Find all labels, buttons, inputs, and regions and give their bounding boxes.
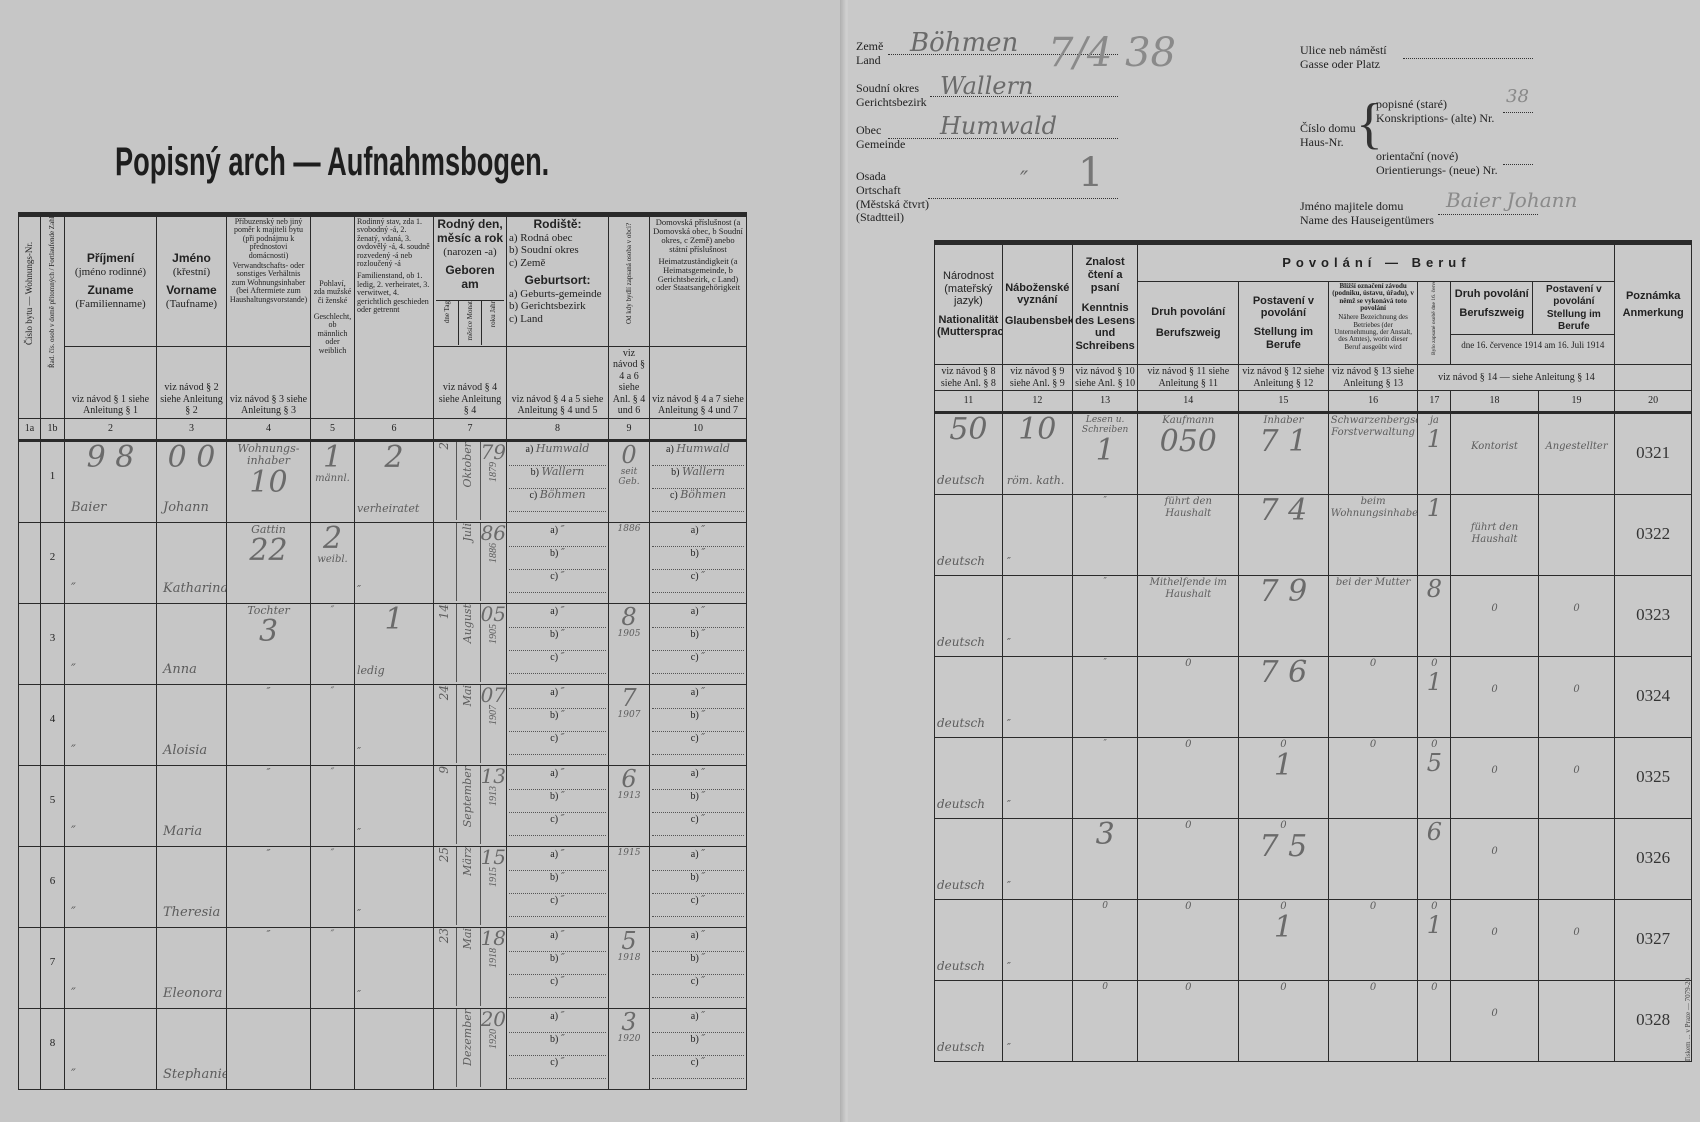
colno-7: 7 [434, 418, 507, 440]
cell-occupation-1914: 0 [1451, 576, 1539, 657]
cell-religion: ″ [1002, 495, 1072, 576]
cell-religion: ″ [1002, 738, 1072, 819]
cell-occupation-1914: Kontorist [1451, 413, 1539, 495]
ref-col10: viz návod § 4 a 7 siehe Anleitung § 4 un… [650, 346, 747, 418]
cell-relation [227, 1008, 311, 1089]
cell-sex: ″ [311, 684, 355, 765]
colno-18: 18 [1451, 391, 1539, 413]
field-new-no: orientační (nové)Orientierungs- (neue) N… [1376, 150, 1498, 178]
cell-domicile: a) ″b) ″c) ″ [650, 684, 747, 765]
table-row: 8″StephanieDezember201920a) ″b) ″c) ″319… [19, 1008, 747, 1089]
colno-9: 9 [609, 418, 650, 440]
ref-col8: viz návod § 4 a 5 siehe Anleitung § 4 un… [507, 346, 609, 418]
cell-note: 0328 [1615, 981, 1692, 1062]
cell-occupation: Kaufmann050 [1138, 413, 1239, 495]
header-religion: Náboženské vyznání Glaubensbekenntnis [1002, 243, 1072, 365]
cell-relation: Tochter3 [227, 603, 311, 684]
cell-position-1914: 0 [1538, 657, 1615, 738]
cell-apartment [19, 927, 41, 1008]
table-row: deutsch″″001005000325 [935, 738, 1692, 819]
cell-birthplace: a) ″b) ″c) ″ [507, 603, 609, 684]
header-occupation-type: Druh povolání Berufszweig [1138, 282, 1239, 365]
cell-person-no: 5 [41, 765, 65, 846]
cell-note: 0324 [1615, 657, 1692, 738]
cell-residence-since: 61913 [609, 765, 650, 846]
cell-religion: ″ [1002, 900, 1072, 981]
cell-position: 01 [1239, 738, 1329, 819]
field-land: ZeměLand [856, 40, 883, 68]
field-court-district: Soudní okresGerichtsbezirk [856, 82, 927, 110]
value-land: Böhmen [910, 28, 1018, 58]
field-street: Ulice neb náměstíGasse oder Platz [1300, 44, 1387, 72]
cell-domicile: a) ″b) ″c) ″ [650, 1008, 747, 1089]
cell-marital-status: 1ledig [355, 603, 434, 684]
cell-nationality: deutsch [935, 819, 1003, 900]
cell-relation: ″ [227, 927, 311, 1008]
ref-col4: viz návod § 3 siehe Anleitung § 3 [227, 346, 311, 418]
cell-birthdate: Dezember201920 [434, 1008, 507, 1089]
header-firstname: Jméno (křestní) Vorname (Taufname) [157, 215, 227, 347]
cell-domicile: a) ″b) ″c) ″ [650, 765, 747, 846]
cell-firstname: Aloisia [157, 684, 227, 765]
value-municipality: Humwald [940, 112, 1057, 140]
header-literacy: Znalost čtení a psaní Kenntnis des Lesen… [1072, 243, 1138, 365]
cell-establishment: bei der Mutter [1328, 576, 1418, 657]
table-row: deutsch″0000000328 [935, 981, 1692, 1062]
header-job-1914: Bylo zapsané osobě dne 16. července 1914… [1418, 282, 1451, 365]
cell-firstname: Katharina [157, 522, 227, 603]
ref-col12: viz návod § 9 siehe Anl. § 9 [1002, 365, 1072, 391]
cell-relation: Gattin22 [227, 522, 311, 603]
cell-firstname: Stephanie [157, 1008, 227, 1089]
cell-marital-status [355, 1008, 434, 1089]
cell-establishment [1328, 819, 1418, 900]
cell-residence-since: 1886 [609, 522, 650, 603]
table-row: 4″Aloisia″″″24Mai071907a) ″b) ″c) ″71907… [19, 684, 747, 765]
header-birthdate: Rodný den, měsíc a rok (narozen -a) Gebo… [434, 215, 507, 347]
cell-nationality: deutsch [935, 900, 1003, 981]
cell-firstname: Theresia [157, 846, 227, 927]
cell-position: 07 5 [1239, 819, 1329, 900]
cell-birthdate: 24Mai071907 [434, 684, 507, 765]
cell-sex: 1männl. [311, 440, 355, 522]
document-title: Popisný arch — Aufnahmsbogen. [115, 140, 549, 185]
cell-nationality: deutsch [935, 576, 1003, 657]
cell-literacy: ″ [1072, 738, 1138, 819]
cell-sex: ″ [311, 927, 355, 1008]
cell-birthplace: a) ″b) ″c) ″ [507, 846, 609, 927]
cell-literacy: Lesen u. Schreiben1 [1072, 413, 1138, 495]
cell-surname: ″ [65, 765, 157, 846]
cell-sex: ″ [311, 846, 355, 927]
cell-sex: ″ [311, 603, 355, 684]
sheet-ref: 7/4 38 [1048, 30, 1176, 76]
field-settlement: OsadaOrtschaft (Městská čtvrt)(Stadtteil… [856, 170, 929, 225]
cell-person-no: 6 [41, 846, 65, 927]
cell-residence-since: 81905 [609, 603, 650, 684]
cell-establishment: 0 [1328, 981, 1418, 1062]
cell-birthplace: a) ″b) ″c) ″ [507, 927, 609, 1008]
cell-position-1914 [1538, 819, 1615, 900]
cell-residence-since: 0seit Geb. [609, 440, 650, 522]
cell-religion: ″ [1002, 576, 1072, 657]
table-row: deutsch″″führt den Haushalt7 4beim Wohnu… [935, 495, 1692, 576]
cell-apartment [19, 1008, 41, 1089]
cell-occupation-1914: 0 [1451, 900, 1539, 981]
colno-6: 6 [355, 418, 434, 440]
colno-10: 10 [650, 418, 747, 440]
cell-marital-status: ″ [355, 765, 434, 846]
cell-domicile: a) ″b) ″c) ″ [650, 927, 747, 1008]
cell-position: 7 9 [1239, 576, 1329, 657]
cell-establishment: 0 [1328, 900, 1418, 981]
value-settlement: ″ [1020, 168, 1028, 193]
cell-occupation-1914: 0 [1451, 981, 1539, 1062]
cell-literacy: 3 [1072, 819, 1138, 900]
header-domicile: Domovská příslušnost (a Domovská obec, b… [650, 215, 747, 347]
cell-note: 0323 [1615, 576, 1692, 657]
cell-position: 7 4 [1239, 495, 1329, 576]
cell-person-no: 4 [41, 684, 65, 765]
cell-literacy: 0 [1072, 981, 1138, 1062]
cell-position-1914: 0 [1538, 738, 1615, 819]
value-court-district: Wallern [940, 72, 1033, 100]
cell-occupation-1914: 0 [1451, 657, 1539, 738]
cell-birthplace: a) ″b) ″c) ″ [507, 765, 609, 846]
cell-relation: ″ [227, 765, 311, 846]
header-apartment-no: Číslo bytu — Wohnungs-Nr. [19, 215, 41, 419]
table-row: deutsch″″07 6001000324 [935, 657, 1692, 738]
cell-residence-since: 1915 [609, 846, 650, 927]
table-row: deutsch″3007 5600326 [935, 819, 1692, 900]
header-nationality: Národnost (mateřský jazyk) Nationalität … [935, 243, 1003, 365]
cell-had-job-1914: 6 [1418, 819, 1451, 900]
cell-surname: ″ [65, 927, 157, 1008]
cell-surname: ″ [65, 846, 157, 927]
cell-residence-since: 71907 [609, 684, 650, 765]
colno-16: 16 [1328, 391, 1418, 413]
cell-had-job-1914: 01 [1418, 657, 1451, 738]
cell-had-job-1914: 05 [1418, 738, 1451, 819]
cell-apartment [19, 765, 41, 846]
cell-occupation: Mithelfende im Haushalt [1138, 576, 1239, 657]
colno-11: 11 [935, 391, 1003, 413]
cell-religion: ″ [1002, 981, 1072, 1062]
cell-firstname: Eleonora [157, 927, 227, 1008]
cell-surname: ″ [65, 522, 157, 603]
ref-col2: viz návod § 1 siehe Anleitung § 1 [65, 346, 157, 418]
header-person-no: Řad. čís. osob v domě přítomných / Fortl… [41, 215, 65, 419]
value-old-no: 38 [1506, 86, 1529, 107]
colno-14: 14 [1138, 391, 1239, 413]
colno-5: 5 [311, 418, 355, 440]
cell-position: 7 6 [1239, 657, 1329, 738]
cell-establishment: beim Wohnungsinhaber [1328, 495, 1418, 576]
cell-position-1914: 0 [1538, 576, 1615, 657]
cell-sex: ″ [311, 765, 355, 846]
cell-literacy: ″ [1072, 495, 1138, 576]
cell-nationality: deutsch [935, 981, 1003, 1062]
cell-birthdate: 25März151915 [434, 846, 507, 927]
cell-occupation: 0 [1138, 819, 1239, 900]
cell-surname: ″ [65, 603, 157, 684]
header-relation: Příbuzenský neb jiný poměr k majiteli by… [227, 215, 311, 347]
cell-position-1914: 0 [1538, 900, 1615, 981]
cell-establishment: 0 [1328, 738, 1418, 819]
cell-sex [311, 1008, 355, 1089]
cell-position: Inhaber7 1 [1239, 413, 1329, 495]
cell-position-1914: Angestellter [1538, 413, 1615, 495]
colno-12: 12 [1002, 391, 1072, 413]
cell-domicile: a) ″b) ″c) ″ [650, 522, 747, 603]
colno-2: 2 [65, 418, 157, 440]
ref-col11: viz návod § 8 siehe Anl. § 8 [935, 365, 1003, 391]
cell-surname: ″ [65, 1008, 157, 1089]
cell-birthdate: 9September131913 [434, 765, 507, 846]
census-table-left: Číslo bytu — Wohnungs-Nr. Řad. čís. osob… [18, 212, 747, 1090]
ref-col17-19: viz návod § 14 — siehe Anleitung § 14 [1418, 365, 1615, 391]
colno-8: 8 [507, 418, 609, 440]
header-note: Poznámka Anmerkung [1615, 243, 1692, 365]
table-row: deutsch″″Mithelfende im Haushalt7 9bei d… [935, 576, 1692, 657]
table-row: 2″KatharinaGattin222weibl.″Juli861886a) … [19, 522, 747, 603]
header-occupation-group: Povolání — Beruf [1138, 243, 1615, 282]
cell-birthdate: 23Mai181918 [434, 927, 507, 1008]
cell-firstname: Maria [157, 765, 227, 846]
cell-had-job-1914: 8 [1418, 576, 1451, 657]
cell-marital-status: ″ [355, 684, 434, 765]
header-1914-group: Druh povolání Berufszweig Postavení v po… [1451, 282, 1615, 365]
table-row: 6″Theresia″″″25März151915a) ″b) ″c) ″191… [19, 846, 747, 927]
field-house-no: Číslo domuHaus-Nr. [1300, 122, 1356, 150]
cell-position: 01 [1239, 900, 1329, 981]
cell-firstname: Anna [157, 603, 227, 684]
header-sex: Pohlaví, zda mužské či ženské Geschlecht… [311, 215, 355, 419]
cell-person-no: 1 [41, 440, 65, 522]
printer-note: Tiskem ... v Praze — 7079-20 [1684, 978, 1692, 1062]
cell-birthplace: a) ″b) ″c) ″ [507, 522, 609, 603]
cell-literacy: 0 [1072, 900, 1138, 981]
cell-person-no: 2 [41, 522, 65, 603]
header-position-1914: Postavení v povolání Stellung im Berufe [1533, 282, 1614, 334]
table-row: 3″AnnaTochter3″1ledig14August051905a) ″b… [19, 603, 747, 684]
cell-nationality: deutsch [935, 738, 1003, 819]
census-table-right: Národnost (mateřský jazyk) Nationalität … [934, 240, 1692, 1062]
cell-position-1914 [1538, 981, 1615, 1062]
cell-literacy: ″ [1072, 657, 1138, 738]
cell-nationality: deutsch [935, 495, 1003, 576]
colno-1a: 1a [19, 418, 41, 440]
table-row: 50deutsch10röm. kath.Lesen u. Schreiben1… [935, 413, 1692, 495]
field-old-no: popisné (staré)Konskriptions- (alte) Nr. [1376, 98, 1494, 126]
cell-establishment: 0 [1328, 657, 1418, 738]
cell-marital-status: 2verheiratet [355, 440, 434, 522]
ref-col13: viz návod § 10 siehe Anl. § 10 [1072, 365, 1138, 391]
cell-occupation: führt den Haushalt [1138, 495, 1239, 576]
cell-occupation-1914: 0 [1451, 738, 1539, 819]
cell-birthplace: a) ″b) ″c) ″ [507, 684, 609, 765]
cell-occupation: 0 [1138, 900, 1239, 981]
ref-col14: viz návod § 11 siehe Anleitung § 11 [1138, 365, 1239, 391]
cell-residence-since: 31920 [609, 1008, 650, 1089]
cell-birthdate: Juli861886 [434, 522, 507, 603]
cell-birthdate: 2Oktober791879 [434, 440, 507, 522]
cell-occupation: 0 [1138, 981, 1239, 1062]
left-page: Popisný arch — Aufnahmsbogen. Číslo bytu… [0, 0, 848, 1122]
cell-apartment [19, 846, 41, 927]
cell-religion: ″ [1002, 657, 1072, 738]
colno-3: 3 [157, 418, 227, 440]
cell-birthplace: a) ″b) ″c) ″ [507, 1008, 609, 1089]
header-residence-since: Od kdy bydlí zapsaná osoba v obci? [609, 215, 650, 347]
cell-relation: ″ [227, 684, 311, 765]
value-owner: Baier Johann [1446, 188, 1577, 212]
cell-person-no: 7 [41, 927, 65, 1008]
ref-col20 [1615, 365, 1692, 391]
cell-literacy: ″ [1072, 576, 1138, 657]
cell-marital-status: ″ [355, 846, 434, 927]
cell-occupation-1914: führt den Haushalt [1451, 495, 1539, 576]
cell-had-job-1914: 01 [1418, 900, 1451, 981]
cell-relation: Wohnungs-inhaber10 [227, 440, 311, 522]
cell-religion: ″ [1002, 819, 1072, 900]
cell-residence-since: 51918 [609, 927, 650, 1008]
cell-nationality: deutsch [935, 657, 1003, 738]
cell-domicile: a) ″b) ″c) ″ [650, 846, 747, 927]
cell-apartment [19, 603, 41, 684]
cell-position-1914 [1538, 495, 1615, 576]
cell-note: 0327 [1615, 900, 1692, 981]
cell-occupation: 0 [1138, 738, 1239, 819]
cell-person-no: 3 [41, 603, 65, 684]
cell-establishment: Schwarzenbergsche Forstverwaltung [1328, 413, 1418, 495]
cell-domicile: a) ″b) ″c) ″ [650, 603, 747, 684]
table-row: 5″Maria″″″9September131913a) ″b) ″c) ″61… [19, 765, 747, 846]
colno-15: 15 [1239, 391, 1329, 413]
colno-19: 19 [1538, 391, 1615, 413]
cell-had-job-1914: ja1 [1418, 413, 1451, 495]
cell-had-job-1914: 0 [1418, 981, 1451, 1062]
ref-col7: viz návod § 4 siehe Anleitung § 4 [434, 346, 507, 418]
header-occupation-1914: Druh povolání Berufszweig [1451, 282, 1533, 334]
header-establishment: Bližší označení závodu (podniku, ústavu,… [1328, 282, 1418, 365]
cell-marital-status: ″ [355, 927, 434, 1008]
cell-sex: 2weibl. [311, 522, 355, 603]
ref-col9: viz návod § 4 a 6 siehe Anl. § 4 und 6 [609, 346, 650, 418]
colno-13: 13 [1072, 391, 1138, 413]
cell-note: 0321 [1615, 413, 1692, 495]
cell-religion: 10röm. kath. [1002, 413, 1072, 495]
date-note-1914: dne 16. července 1914 am 16. Juli 1914 [1451, 335, 1614, 350]
header-birthplace: Rodiště: a) Rodná obec b) Soudní okres c… [507, 215, 609, 347]
colno-4: 4 [227, 418, 311, 440]
cell-birthplace: a) Humwaldb) Wallernc) Böhmen [507, 440, 609, 522]
table-row: 7″Eleonora″″″23Mai181918a) ″b) ″c) ″5191… [19, 927, 747, 1008]
cell-apartment [19, 684, 41, 765]
colno-1b: 1b [41, 418, 65, 440]
cell-occupation: 0 [1138, 657, 1239, 738]
cell-surname: ″ [65, 684, 157, 765]
cell-relation: ″ [227, 846, 311, 927]
cell-nationality: 50deutsch [935, 413, 1003, 495]
header-occupation-position: Postavení v povolání Stellung im Berufe [1239, 282, 1329, 365]
cell-marital-status: ″ [355, 522, 434, 603]
cell-had-job-1914: 1 [1418, 495, 1451, 576]
colno-17: 17 [1418, 391, 1451, 413]
table-row: deutsch″0001001000327 [935, 900, 1692, 981]
cell-note: 0326 [1615, 819, 1692, 900]
cell-occupation-1914: 0 [1451, 819, 1539, 900]
header-surname: Příjmení (jméno rodinné) Zuname (Familie… [65, 215, 157, 347]
ref-col3: viz návod § 2 siehe Anleitung § 2 [157, 346, 227, 418]
cell-apartment [19, 522, 41, 603]
cell-domicile: a) Humwaldb) Wallernc) Böhmen [650, 440, 747, 522]
value-settlement-no: 1 [1078, 150, 1103, 196]
cell-birthdate: 14August051905 [434, 603, 507, 684]
table-row: 19 8Baier0 0JohannWohnungs-inhaber101män… [19, 440, 747, 522]
cell-note: 0325 [1615, 738, 1692, 819]
cell-note: 0322 [1615, 495, 1692, 576]
field-owner: Jméno majitele domuName des Hauseigentüm… [1300, 200, 1434, 228]
cell-position: 0 [1239, 981, 1329, 1062]
cell-firstname: 0 0Johann [157, 440, 227, 522]
header-marital-status: Rodinný stav, zda 1. svobodný -á, 2. žen… [355, 215, 434, 419]
ref-col16: viz návod § 13 siehe Anleitung § 13 [1328, 365, 1418, 391]
cell-surname: 9 8Baier [65, 440, 157, 522]
cell-apartment [19, 440, 41, 522]
cell-person-no: 8 [41, 1008, 65, 1089]
colno-20: 20 [1615, 391, 1692, 413]
right-page: ZeměLand Böhmen 7/4 38 Soudní okresGeric… [848, 0, 1700, 1122]
ref-col15: viz návod § 12 siehe Anleitung § 12 [1239, 365, 1329, 391]
